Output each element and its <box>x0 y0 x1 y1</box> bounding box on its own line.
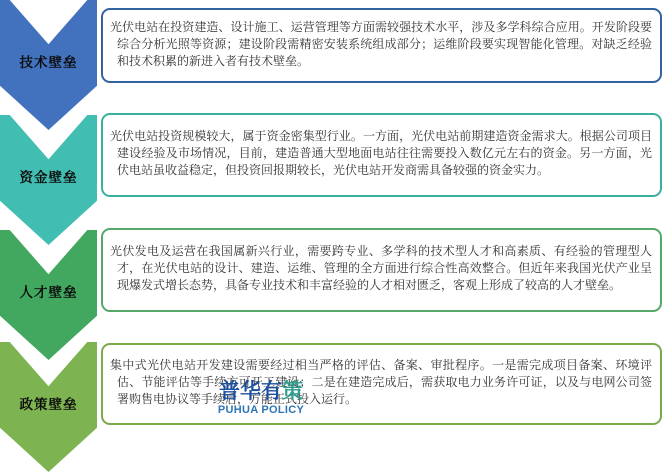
chevron-label: 人才壁垒 <box>0 281 97 301</box>
chevron-policy-barrier: 政策壁垒 <box>0 342 97 472</box>
technology-barrier-description-box: 光伏电站在投资建造、设计施工、运营管理等方面需较强技术水平，涉及多学科综合应用。… <box>101 8 662 83</box>
barrier-description-text: 集中式光伏电站开发建设需要经过相当严格的评估、备案、审批程序。一是需完成项目备案… <box>117 357 652 408</box>
barrier-description-text: 光伏电站投资规模较大，属于资金密集型行业。一方面，光伏电站前期建造资金需求大。根… <box>117 128 652 179</box>
talent-barrier-description-box: 光伏发电及运营在我国属新兴行业，需要跨专业、多学科的技术型人才和高素质、有经验的… <box>101 228 662 312</box>
capital-barrier-description-box: 光伏电站投资规模较大，属于资金密集型行业。一方面，光伏电站前期建造资金需求大。根… <box>101 113 662 197</box>
barrier-description-text: 光伏发电及运营在我国属新兴行业，需要跨专业、多学科的技术型人才和高素质、有经验的… <box>117 243 652 294</box>
barriers-infographic: 技术壁垒 资金壁垒 人才壁垒 政策壁垒 光伏电站在投资建造、设计施工、运营管理等… <box>0 0 672 473</box>
policy-barrier-description-box: 集中式光伏电站开发建设需要经过相当严格的评估、备案、审批程序。一是需完成项目备案… <box>101 343 662 425</box>
chevron-label: 资金壁垒 <box>0 166 97 186</box>
chevron-talent-barrier: 人才壁垒 <box>0 230 97 360</box>
chevron-technology-barrier: 技术壁垒 <box>0 0 97 130</box>
chevron-label: 政策壁垒 <box>0 393 97 413</box>
chevron-capital-barrier: 资金壁垒 <box>0 115 97 245</box>
barrier-description-text: 光伏电站在投资建造、设计施工、运营管理等方面需较强技术水平，涉及多学科综合应用。… <box>117 19 652 70</box>
chevron-label: 技术壁垒 <box>0 51 97 71</box>
